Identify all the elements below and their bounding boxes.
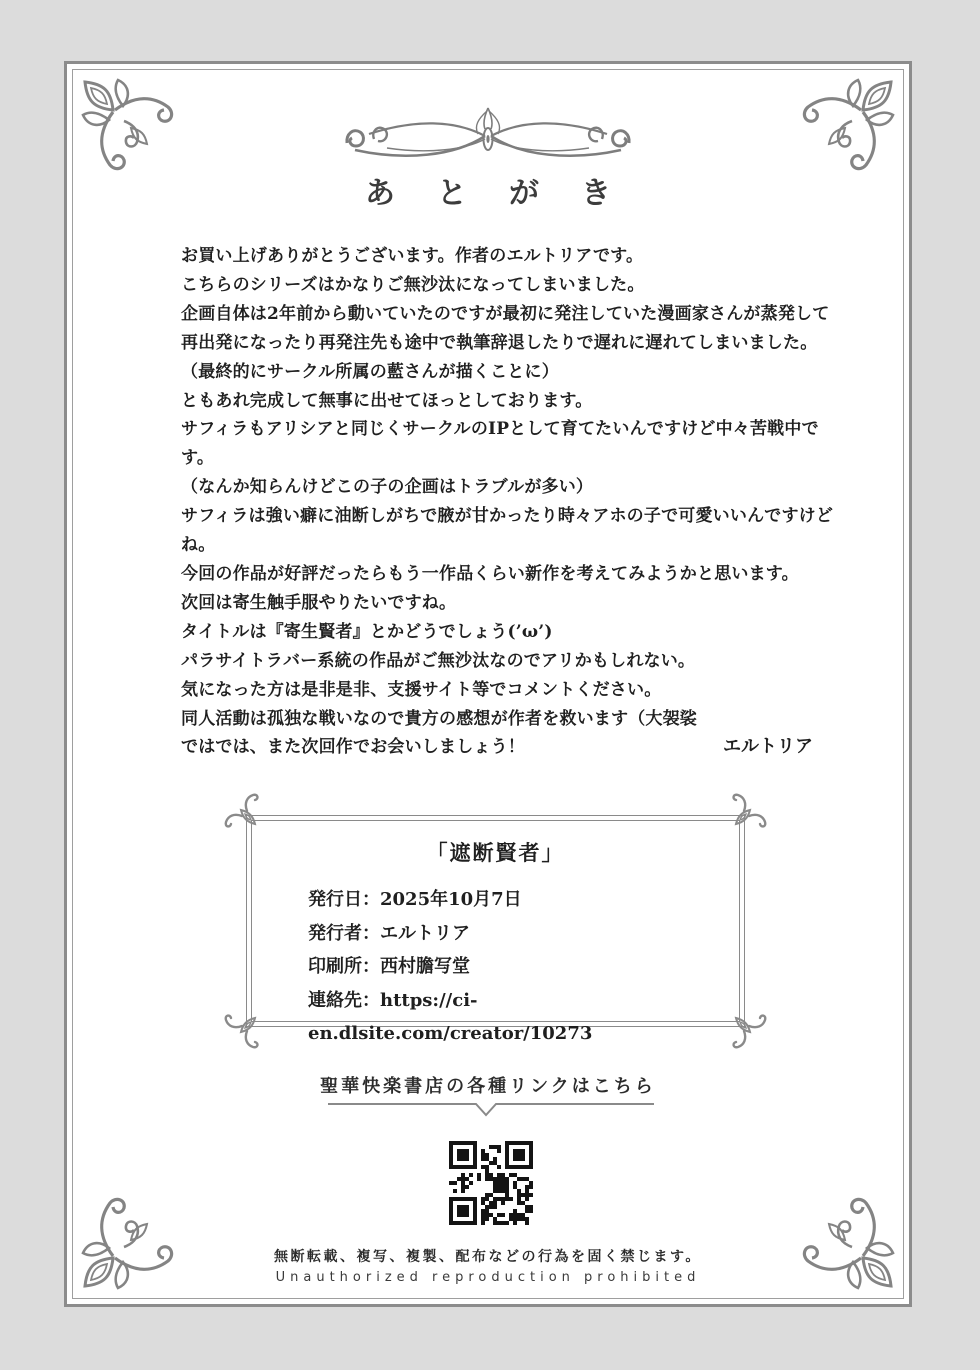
row-value: エルトリア: [380, 923, 470, 944]
afterword-line: 気になった方は是非是非、支援サイト等でコメントください。: [181, 676, 841, 705]
qr-code: [449, 1141, 533, 1225]
afterword-line: 再出発になったり再発注先も途中で執筆辞退したりで遅れに遅れてしまいました。: [181, 329, 841, 358]
afterword-line: お買い上げありがとうございます。作者のエルトリアです。: [181, 242, 841, 271]
corner-flourish-top-left-icon: [77, 74, 182, 179]
afterword-line: ともあれ完成して無事に出せてほっとしております。: [181, 387, 841, 416]
colophon-row-publish-date: 発行日：2025年10月7日: [308, 883, 739, 917]
corner-flourish-top-right-icon: [794, 74, 899, 179]
afterword-line: サフィラは強い癖に油断しがちで腋が甘かったり時々アホの子で可愛いいんですけどね。: [181, 502, 841, 560]
colophon-leaf-top-left-icon: [221, 790, 269, 838]
links-divider-notch: [328, 1102, 654, 1118]
afterword-line: パラサイトラバー系統の作品がご無沙汰なのでアリかもしれない。: [181, 647, 841, 676]
page-background: { "page": { "title": "あとがき" }, "afterwor…: [0, 0, 980, 1370]
afterword-line: こちらのシリーズはかなりご無沙汰になってしまいました。: [181, 271, 841, 300]
links-heading: 聖華快楽書店の各種リンクはこちら: [67, 1072, 909, 1098]
page-title: あとがき: [67, 168, 909, 212]
afterword-line: 同人活動は孤独な戦いなので貴方の感想が作者を救います（大袈裟: [181, 705, 841, 734]
header-flourish-icon: [343, 106, 633, 164]
copyright-notice-jp: 無断転載、複写、複製、配布などの行為を固く禁じます。: [67, 1246, 909, 1266]
afterword-line: 今回の作品が好評だったらもう一作品くらい新作を考えてみようかと思います。: [181, 560, 841, 589]
afterword-line: （なんか知らんけどこの子の企画はトラブルが多い）: [181, 473, 841, 502]
afterword-line: 次回は寄生触手服やりたいですね。: [181, 589, 841, 618]
colophon-row-contact: 連絡先：https://ci-en.dlsite.com/creator/102…: [308, 984, 739, 1051]
author-signature: エルトリア: [181, 732, 813, 758]
colophon-box: 「遮断賢者」 発行日：2025年10月7日 発行者：エルトリア 印刷所：西村膽写…: [246, 815, 745, 1027]
colophon-row-printer: 印刷所：西村膽写堂: [308, 950, 739, 984]
row-value: 西村膽写堂: [380, 956, 470, 977]
row-label: 発行者：: [308, 923, 380, 944]
afterword-line: サフィラもアリシアと同じくサークルのIPとして育てたいんですけど中々苦戦中です。: [181, 415, 841, 473]
colophon-inner-frame: 「遮断賢者」 発行日：2025年10月7日 発行者：エルトリア 印刷所：西村膽写…: [251, 820, 740, 1022]
afterword-line: 企画自体は2年前から動いていたのですが最初に発注していた漫画家さんが蒸発して: [181, 300, 841, 329]
colophon-row-publisher: 発行者：エルトリア: [308, 917, 739, 951]
afterword-body: お買い上げありがとうございます。作者のエルトリアです。 こちらのシリーズはかなり…: [181, 242, 841, 762]
row-label: 連絡先：: [308, 990, 380, 1011]
page-frame: あとがき お買い上げありがとうございます。作者のエルトリアです。 こちらのシリー…: [64, 61, 912, 1307]
row-value: 2025年10月7日: [380, 889, 522, 910]
colophon-leaf-top-right-icon: [722, 790, 770, 838]
row-label: 発行日：: [308, 889, 380, 910]
afterword-line: （最終的にサークル所属の藍さんが描くことに）: [181, 358, 841, 387]
work-title: 「遮断賢者」: [252, 837, 739, 867]
afterword-line: タイトルは『寄生賢者』とかどうでしょう(’ω’): [181, 618, 841, 647]
copyright-notice-en: Unauthorized reproduction prohibited: [67, 1270, 909, 1285]
colophon-leaf-bottom-right-icon: [722, 1004, 770, 1052]
colophon-leaf-bottom-left-icon: [221, 1004, 269, 1052]
row-label: 印刷所：: [308, 956, 380, 977]
